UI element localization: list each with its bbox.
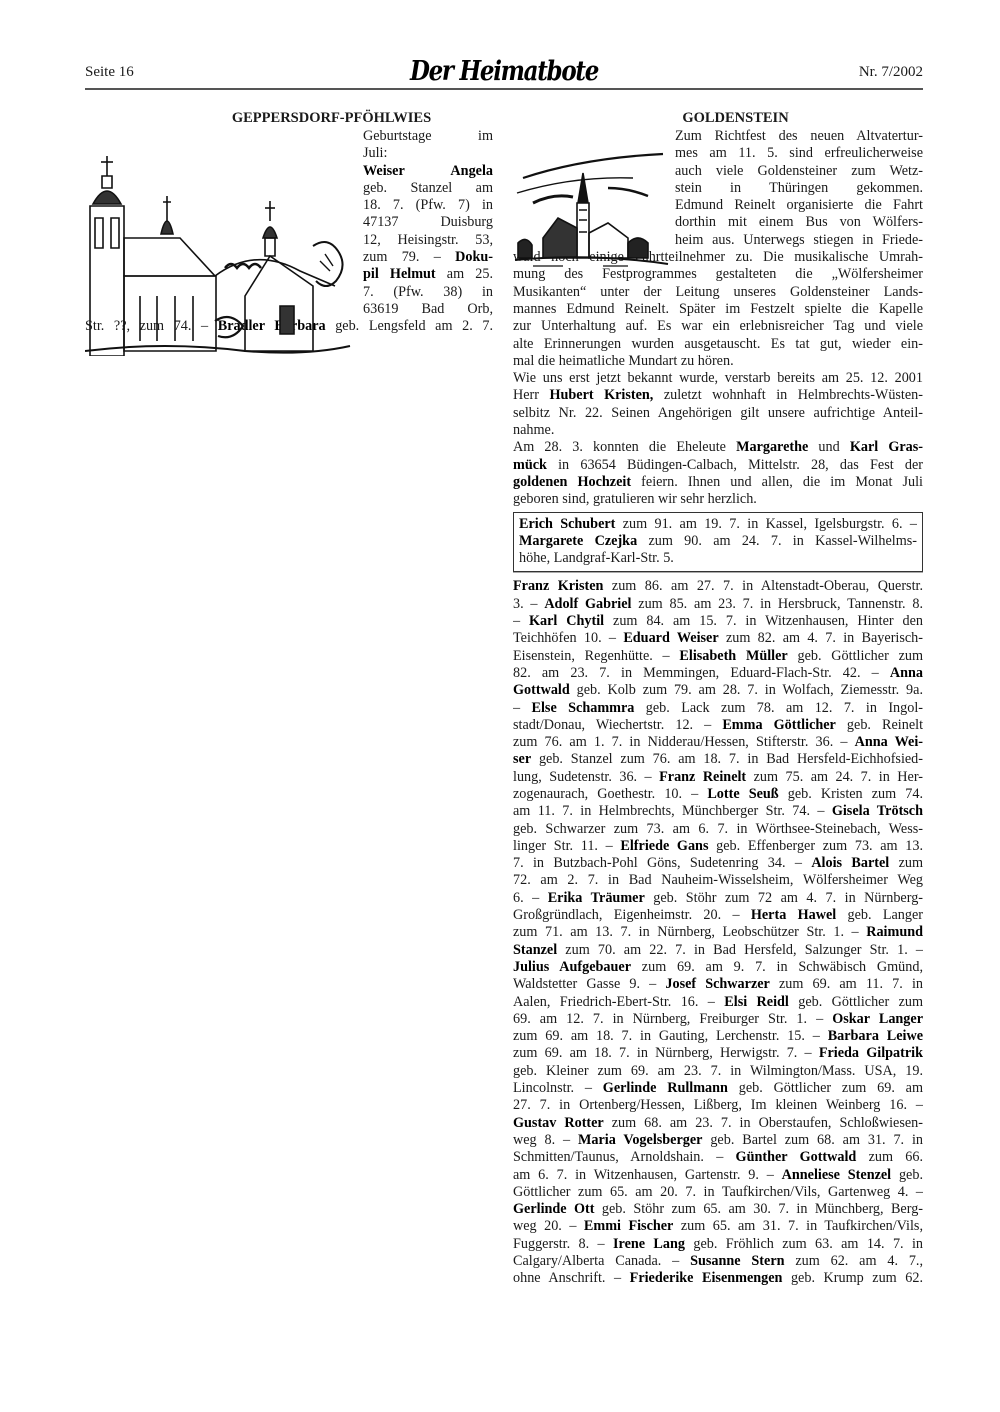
person-name: Erika Träumer — [548, 890, 645, 906]
person-name: Alois Bartel — [811, 855, 889, 871]
text-line: Weiser Angela — [363, 163, 493, 180]
person-name: Anna Wei- — [855, 734, 923, 750]
text-line: Musikanten“ unter der Leitung unseres Go… — [513, 284, 923, 301]
page-number: Seite 16 — [85, 64, 134, 81]
person-name: Elisabeth Müller — [679, 648, 787, 664]
text-line: 12, Heisingstr. 53, — [363, 232, 493, 249]
text-line: 6. – Erika Träumer geb. Stöhr zum 72 am … — [513, 890, 923, 907]
text-line: Julius Aufgebauer zum 69. am 9. 7. in Sc… — [513, 959, 923, 976]
person-name: Oskar Langer — [832, 1011, 923, 1027]
birthday-list: Franz Kristen zum 86. am 27. 7. in Alten… — [513, 578, 923, 1287]
person-name: pil Helmut — [363, 266, 436, 282]
text-line: mung des Festprogrammes gestalteten die … — [513, 266, 923, 283]
person-name: Franz Kristen — [513, 578, 603, 594]
text-line: Gottwald geb. Kolb zum 79. am 28. 7. in … — [513, 682, 923, 699]
text-line: Schmitten/Taunus, Arnoldshain. – Günther… — [513, 1149, 923, 1166]
text-line: goldenen Hochzeit feiern. Ihnen und alle… — [513, 474, 923, 491]
text-line: höhe, Landgraf-Karl-Str. 5. — [519, 550, 917, 567]
text-line: mück in 63654 Büdingen-Calbach, Mittelst… — [513, 457, 923, 474]
town-tower-illustration-icon — [513, 148, 671, 268]
text-line: 7. in Butzbach-Pohl Göns, Sudetenring 34… — [513, 855, 923, 872]
text-line: lung, Sudetenstr. 36. – Franz Reinelt zu… — [513, 769, 923, 786]
person-name: Margarete Czejka — [519, 533, 637, 549]
text-line: dorthin mit einem Bus von Wölfers- — [675, 214, 923, 231]
text-line: Lincolnstr. – Gerlinde Rullmann geb. Göt… — [513, 1080, 923, 1097]
text-line: Teichhöfen 10. – Eduard Weiser zum 82. a… — [513, 630, 923, 647]
right-column: GOLDENSTEIN Zum Richtfest des neuen Altv… — [513, 110, 923, 1288]
obituary-paragraph: Wie uns erst jetzt bekannt wurde, versta… — [513, 370, 923, 439]
person-name: Herta Hawel — [751, 907, 836, 923]
text-line: geb. Stanzel am — [363, 180, 493, 197]
person-name: Stanzel — [513, 942, 557, 958]
text-line: auch viele Goldensteiner zum Wetz- — [675, 163, 923, 180]
person-name: Lotte Seuß — [707, 786, 778, 802]
left-column: GEPPERSDORF-PFÖHLWIES — [85, 110, 493, 336]
text-line: heim aus. Unterwegs stiegen in Friede- — [675, 232, 923, 249]
person-name: Frieda Gilpatrik — [819, 1045, 923, 1061]
text-line: zum 69. am 18. 7. in Nürnberg, Herwigstr… — [513, 1045, 923, 1062]
text-line: Wie uns erst jetzt bekannt wurde, versta… — [513, 370, 923, 387]
text-line: pil Helmut am 25. — [363, 266, 493, 283]
text-line: selbitz Nr. 22. Seinen Angehörigen gilt … — [513, 405, 923, 422]
highlight-birthday-box: Erich Schubert zum 91. am 19. 7. in Kass… — [513, 512, 923, 573]
person-name: mück — [513, 457, 547, 473]
geppersdorf-birthdays-intro: Geburtstage imJuli:Weiser Angelageb. Sta… — [363, 128, 493, 318]
text-line: – Karl Chytil zum 84. am 15. 7. in Witze… — [513, 613, 923, 630]
person-name: Karl Gras- — [850, 439, 923, 455]
text-line: mal die heimatliche Mundart zu hören. — [513, 353, 923, 370]
text-line: am 6. 7. in Witzenhausen, Gartenstr. 9. … — [513, 1167, 923, 1184]
person-name: Elsi Reidl — [724, 994, 789, 1010]
person-name: Erich Schubert — [519, 516, 615, 532]
section-title-geppersdorf: GEPPERSDORF-PFÖHLWIES — [85, 110, 493, 128]
text-line: stadt/Donau, Wiechertstr. 12. – Emma Göt… — [513, 717, 923, 734]
person-name: Else Schammra — [532, 700, 635, 716]
text-line: Margarete Czejka zum 90. am 24. 7. in Ka… — [519, 533, 917, 550]
text-line: Edmund Reinelt organisierte die Fahrt — [675, 197, 923, 214]
text-line: Waldstetter Gasse 9. – Josef Schwarzer z… — [513, 976, 923, 993]
person-name: ser — [513, 751, 531, 767]
text-line: zum 76. am 1. 7. in Nidderau/Hessen, Sti… — [513, 734, 923, 751]
masthead-logo: Der Heimatbote — [148, 56, 860, 87]
person-name: Anna — [890, 665, 923, 681]
person-name: Barbara Leiwe — [828, 1028, 923, 1044]
person-name: Doku- — [455, 249, 493, 265]
person-name: Emma Göttlicher — [722, 717, 836, 733]
text-line: nahme. — [513, 422, 923, 439]
text-line: 18. 7. (Pfw. 7) in — [363, 197, 493, 214]
text-line: geb. Kleiner zum 69. am 23. 7. in Wilmin… — [513, 1063, 923, 1080]
text-line: zum 79. – Doku- — [363, 249, 493, 266]
text-line: Göttlicher zum 65. am 20. 7. in Taufkirc… — [513, 1184, 923, 1201]
text-line: alte Erinnerungen wurden ausgetauscht. E… — [513, 336, 923, 353]
person-name: Adolf Gabriel — [544, 596, 631, 612]
text-line: linger Str. 11. – Elfriede Gans geb. Eff… — [513, 838, 923, 855]
text-line: Gerlinde Ott geb. Stöhr zum 65. am 30. 7… — [513, 1201, 923, 1218]
issue-number: Nr. 7/2002 — [859, 64, 923, 81]
person-name: Weiser Angela — [363, 163, 493, 179]
text-line: Stanzel zum 70. am 22. 7. in Bad Hersfel… — [513, 942, 923, 959]
church-illustration-icon — [85, 146, 355, 356]
text-line: 82. am 23. 7. in Memmingen, Eduard-Flach… — [513, 665, 923, 682]
text-line: – Else Schammra geb. Lack zum 78. am 12.… — [513, 700, 923, 717]
text-line: geboren sind, gratulieren wir sehr herzl… — [513, 491, 923, 508]
person-name: Günther Gottwald — [736, 1149, 857, 1165]
person-name: Emmi Fischer — [584, 1218, 673, 1234]
text-line: geb. Schwarzer zum 73. am 6. 7. in Wörth… — [513, 821, 923, 838]
person-name: Gerlinde Rullmann — [603, 1080, 728, 1096]
person-name: Susanne Stern — [690, 1253, 784, 1269]
person-name: Eduard Weiser — [623, 630, 718, 646]
text-line: mannes Edmund Reinelt. Später im Festzel… — [513, 301, 923, 318]
text-line: zur Unterhaltung auf. Es war ein erlebni… — [513, 318, 923, 335]
person-name: Josef Schwarzer — [665, 976, 769, 992]
person-name: Raimund — [866, 924, 923, 940]
person-name: Friederike Eisenmengen — [630, 1270, 783, 1286]
text-line: Zum Richtfest des neuen Altvatertur- — [675, 128, 923, 145]
text-line: 7. (Pfw. 38) in — [363, 284, 493, 301]
golden-wedding-paragraph: Am 28. 3. konnten die Eheleute Margareth… — [513, 439, 923, 508]
person-name: Karl Chytil — [529, 613, 604, 629]
text-line: 47137 Duisburg — [363, 214, 493, 231]
person-name: Anneliese Stenzel — [782, 1167, 892, 1183]
text-line: 3. – Adolf Gabriel zum 85. am 23. 7. in … — [513, 596, 923, 613]
text-line: Erich Schubert zum 91. am 19. 7. in Kass… — [519, 516, 917, 533]
text-line: weg 8. – Maria Vogelsberger geb. Bartel … — [513, 1132, 923, 1149]
text-line: Juli: — [363, 145, 493, 162]
person-name: Franz Reinelt — [659, 769, 746, 785]
goldenstein-intro: Zum Richtfest des neuen Altvatertur-mes … — [675, 128, 923, 249]
text-line: 72. am 2. 7. in Bad Nauheim-Wisselsheim,… — [513, 872, 923, 889]
person-name: Gustav Rotter — [513, 1115, 604, 1131]
text-line: Gustav Rotter zum 68. am 23. 7. in Obers… — [513, 1115, 923, 1132]
text-line: Franz Kristen zum 86. am 27. 7. in Alten… — [513, 578, 923, 595]
text-line: mes am 11. 5. sind erfreulicherweise — [675, 145, 923, 162]
person-name: Elfriede Gans — [620, 838, 708, 854]
text-line: am 11. 7. in Helmbrechts, Münchberger St… — [513, 803, 923, 820]
section-title-goldenstein: GOLDENSTEIN — [513, 110, 923, 128]
text-line: Herr Hubert Kristen, zuletzt wohnhaft in… — [513, 387, 923, 404]
text-line: weg 20. – Emmi Fischer zum 65. am 31. 7.… — [513, 1218, 923, 1235]
text-line: Fuggerstr. 8. – Irene Lang geb. Fröhlich… — [513, 1236, 923, 1253]
person-name: Irene Lang — [613, 1236, 685, 1252]
text-line: 27. 7. in Ortenberg/Hessen, Lißberg, Im … — [513, 1097, 923, 1114]
text-line: Am 28. 3. konnten die Eheleute Margareth… — [513, 439, 923, 456]
text-line: Aalen, Friedrich-Ebert-Str. 16. – Elsi R… — [513, 994, 923, 1011]
text-line: ser geb. Stanzel zum 76. am 18. 7. in Ba… — [513, 751, 923, 768]
text-line: zogenaurach, Goethestr. 10. – Lotte Seuß… — [513, 786, 923, 803]
text-line: 63619 Bad Orb, — [363, 301, 493, 318]
person-name: Julius Aufgebauer — [513, 959, 631, 975]
text-line: 69. am 12. 7. in Nürnberg, Freiburger St… — [513, 1011, 923, 1028]
text-line: Calgary/Alberta Canada. – Susanne Stern … — [513, 1253, 923, 1270]
page-header: Seite 16 Der Heimatbote Nr. 7/2002 — [85, 58, 923, 88]
text-line: zum 71. am 13. 7. in Nürnberg, Leobschüt… — [513, 924, 923, 941]
text-line: ohne Anschrift. – Friederike Eisenmengen… — [513, 1270, 923, 1287]
text-line: Geburtstage im — [363, 128, 493, 145]
person-name: Margarethe — [736, 439, 808, 455]
text-line: zum 69. am 18. 7. in Gauting, Lerchenstr… — [513, 1028, 923, 1045]
text-line: stein in Thüringen gekommen. — [675, 180, 923, 197]
person-name: Gerlinde Ott — [513, 1201, 595, 1217]
text-line: Großgründlach, Eigenheimstr. 20. – Herta… — [513, 907, 923, 924]
person-name: Gisela Trötsch — [832, 803, 923, 819]
header-rule — [85, 88, 923, 90]
person-name: Maria Vogelsberger — [578, 1132, 703, 1148]
person-name: Gottwald — [513, 682, 570, 698]
person-name: Hubert Kristen, — [549, 387, 653, 403]
person-name: goldenen Hochzeit — [513, 474, 631, 490]
text-line: Eisenstein, Regenhütte. – Elisabeth Müll… — [513, 648, 923, 665]
